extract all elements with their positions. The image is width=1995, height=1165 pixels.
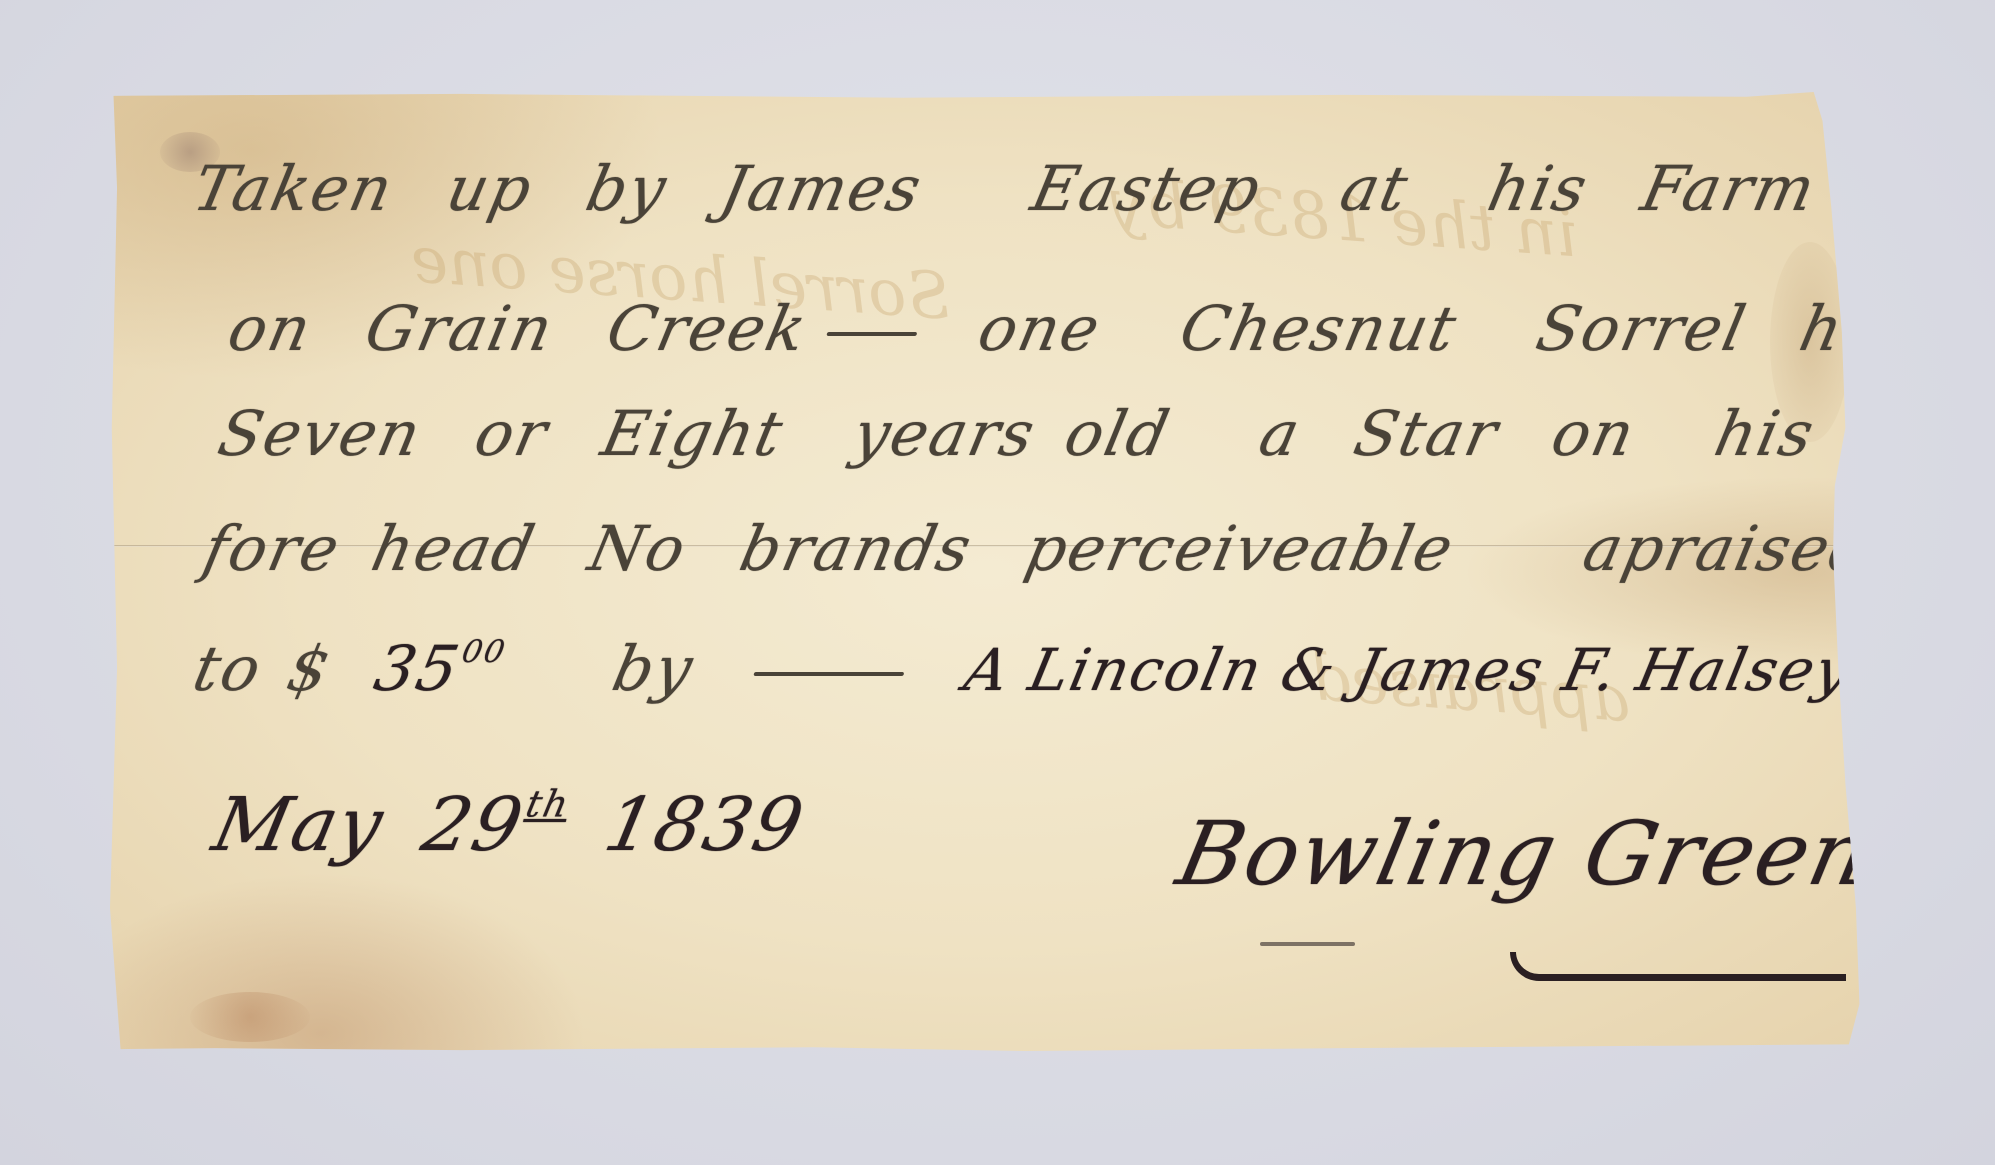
text-line-1: Taken up by James Eastep at his Farm [187, 152, 1857, 225]
word: years [847, 397, 1043, 470]
word: Seven [212, 397, 428, 470]
date-month: May [206, 782, 392, 868]
word: No [583, 512, 694, 585]
place-name: Bowling Green [1169, 802, 1880, 905]
date-line: May 29th 1839 [206, 782, 846, 868]
place-signature: Bowling GreenKs [1169, 802, 1933, 905]
stain-bottom-left [190, 992, 310, 1042]
text-line-2: on Grain Creek one Chesnut Sorrel horse [222, 292, 1995, 365]
appraiser-signatures: A Lincoln & James F. Halsey [959, 636, 1858, 704]
word: perceiveable [1019, 512, 1461, 585]
word: Farm [1635, 152, 1823, 225]
word: head [366, 512, 543, 585]
word-by: by [606, 632, 700, 705]
word: Sorrel [1530, 292, 1753, 365]
word: Eastep [1025, 152, 1268, 225]
word: his [1709, 397, 1822, 470]
word: at [1334, 152, 1415, 225]
word: Grain [359, 292, 560, 365]
word-to: to [187, 632, 269, 705]
text-line-3: Seven or Eight years old a Star on his [212, 397, 1856, 470]
word: Taken [187, 152, 400, 225]
word: on [222, 292, 319, 365]
line-filler-dash [753, 672, 904, 676]
word: on [1546, 397, 1643, 470]
word: James [714, 152, 929, 225]
word: Chesnut [1174, 292, 1464, 365]
text-line-4: fore head No brands perceiveable apraise… [197, 512, 1914, 585]
currency-symbol: $ [281, 632, 338, 705]
word: up [441, 152, 540, 225]
text-line-5: to $ 3500 by A Lincoln & James F. Halsey [187, 632, 1892, 705]
word: or [469, 397, 555, 470]
word: fore [197, 512, 347, 585]
appraised-amount: 3500 [368, 632, 510, 705]
manuscript-paper: Sorrel horse one in the 1839 by appraise… [110, 92, 1870, 1052]
date-day: 29th [415, 782, 574, 868]
word: old [1059, 397, 1177, 470]
word: brands [734, 512, 979, 585]
date-year: 1839 [598, 782, 813, 868]
word: Eight [595, 397, 790, 470]
word: by [580, 152, 674, 225]
signature-flourish [1510, 952, 1846, 981]
word: Star [1348, 397, 1506, 470]
word: Creek [601, 292, 815, 365]
line-filler-dash [827, 332, 918, 336]
word: his [1482, 152, 1595, 225]
word: one [972, 292, 1107, 365]
place-underline-short [1260, 942, 1355, 946]
word: a [1253, 397, 1307, 470]
